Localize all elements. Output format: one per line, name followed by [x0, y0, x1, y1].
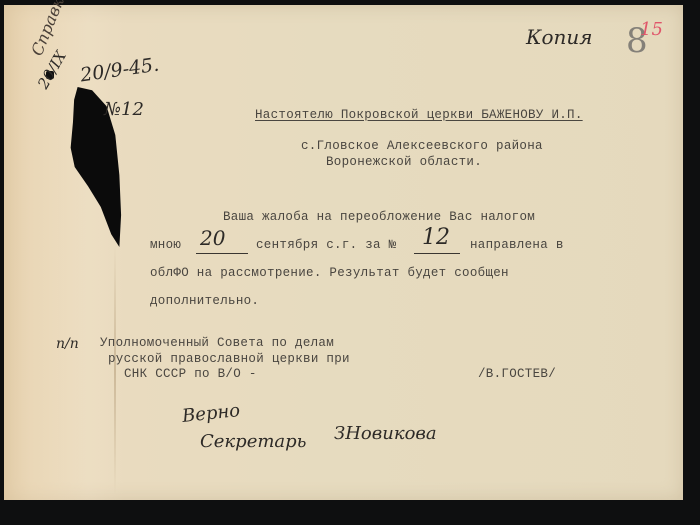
paper-crease: [114, 245, 116, 495]
addressee-line-2: с.Гловское Алексеевского района: [301, 139, 543, 153]
signer-name: /В.ГОСТЕВ/: [478, 367, 556, 381]
body-line-1: Ваша жалоба на переобложение Вас налогом: [223, 210, 535, 224]
filled-day: 20: [200, 226, 225, 250]
signature-line-2: русской православной церкви при: [108, 352, 350, 366]
copy-mark: Копия: [526, 25, 593, 49]
handwritten-number: №12: [104, 99, 144, 120]
secretary-note: Секретарь: [200, 431, 306, 452]
day-blank-line: [196, 253, 248, 254]
secretary-signature: ЗНовикова: [334, 423, 437, 444]
body-line-2-suffix: направлена в: [470, 238, 564, 252]
signature-line-1: Уполномоченный Совета по делам: [100, 336, 334, 350]
addressee-line-1: Настоятелю Покровской церкви БАЖЕНОВУ И.…: [255, 108, 583, 122]
number-blank-line: [414, 253, 460, 254]
document-page: Справки 20/IX 20/9-45. №12 Копия 8 15 На…: [4, 5, 683, 500]
pp-mark: п/п: [56, 336, 79, 352]
signature-line-3: СНК СССР по В/О -: [124, 367, 257, 381]
body-line-2-prefix: мною: [150, 238, 181, 252]
body-line-2-middle: сентября с.г. за №: [256, 238, 396, 252]
body-line-3: облФО на рассмотрение. Результат будет с…: [150, 266, 509, 280]
addressee-line-3: Воронежской области.: [326, 155, 482, 169]
filled-number: 12: [422, 225, 450, 250]
handwritten-date: 20/9-45.: [79, 54, 161, 87]
body-line-4: дополнительно.: [150, 294, 259, 308]
red-page-mark: 15: [640, 19, 663, 40]
verified-note: Верно: [181, 400, 241, 427]
